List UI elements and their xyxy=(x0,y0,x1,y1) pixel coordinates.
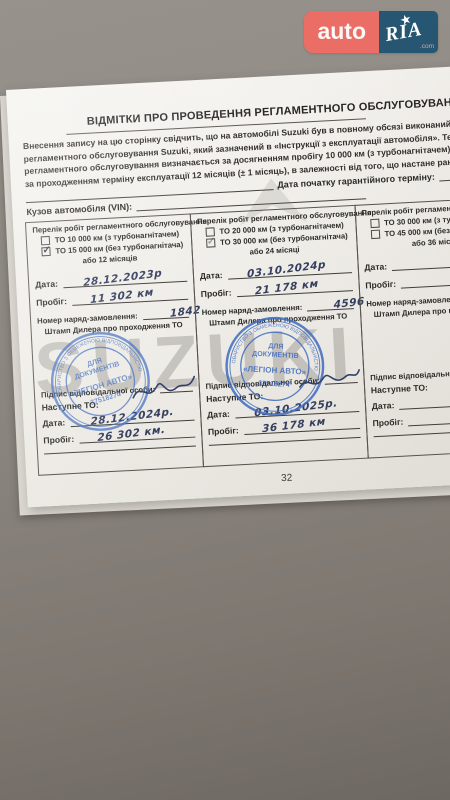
blank-line: 4596 xyxy=(307,296,354,311)
mileage-label: Пробіг: xyxy=(36,296,67,308)
service-column-2: Перелік робіт регламентного обслуговуван… xyxy=(190,205,369,467)
next-mileage-row: Пробіг: 36 178 км xyxy=(208,416,360,437)
blank-line: 28.12.2023р xyxy=(63,269,188,288)
stamp-code: 37518274 xyxy=(89,390,122,407)
ria-logo: ★ RIA .com xyxy=(379,11,438,53)
signature-row: Підпис відповідальної особи: xyxy=(370,361,450,382)
mileage-row: Пробіг: 11 302 км xyxy=(36,287,188,308)
blank-line: 1842 xyxy=(142,305,189,320)
date-label: Дата: xyxy=(200,270,223,281)
service-table: Перелік робіт регламентного обслуговуван… xyxy=(25,189,450,476)
to-45000-checkbox xyxy=(370,230,379,239)
blank-line xyxy=(392,252,450,271)
signature-label: Підпис відповідальної особи: xyxy=(370,367,450,382)
stamp-line2: ДОКУМЕНТІВ xyxy=(252,350,299,360)
service-book-page: SUZUKI ВІДМІТКИ ПРО ПРОВЕДЕННЯ РЕГЛАМЕНТ… xyxy=(6,57,450,508)
date-label: Дата: xyxy=(35,279,58,290)
signature-squiggle xyxy=(295,364,363,399)
mileage-handwriting: 21 178 км xyxy=(255,278,319,298)
blank-line xyxy=(408,407,450,426)
blank-line: 03.10.2024р xyxy=(227,260,352,279)
blank-line xyxy=(209,437,361,446)
next-date-label: Дата: xyxy=(371,400,394,411)
to-30000-checkbox xyxy=(206,238,215,247)
auto-logo: auto xyxy=(304,11,379,53)
next-mileage-label: Пробіг: xyxy=(372,417,403,429)
date-row: Дата: 28.12.2023р xyxy=(35,269,187,290)
service-column-1: Перелік робіт регламентного обслуговуван… xyxy=(25,214,204,476)
to-15000-checkbox xyxy=(41,247,50,256)
mileage-label: Пробіг: xyxy=(365,279,396,291)
mileage-handwriting: 11 302 км xyxy=(90,286,154,306)
autoria-watermark-badge: auto ★ RIA .com xyxy=(304,11,438,53)
com-label: .com xyxy=(420,43,434,50)
date-row: Дата: 03.10.2024р xyxy=(199,260,351,281)
mileage-row: Пробіг: xyxy=(365,270,450,291)
mileage-label: Пробіг: xyxy=(200,287,231,299)
blank-line xyxy=(401,270,450,289)
mileage-row: Пробіг: 21 178 км xyxy=(200,278,352,299)
date-row: Дата: xyxy=(364,252,450,273)
stamp-code: 37518274 xyxy=(258,379,290,389)
next-mileage-label: Пробіг: xyxy=(208,425,239,437)
order-number-row: Номер наряд-замовлення: xyxy=(366,287,450,308)
ria-logo-text: RIA xyxy=(383,18,424,47)
blank-line: 11 302 км xyxy=(72,287,189,306)
blank-line xyxy=(373,428,450,437)
stamp-line1: ДЛЯ xyxy=(268,342,284,351)
blank-line xyxy=(44,446,196,455)
photo-background: auto ★ RIA .com SUZUKI ВІДМІТКИ ПРО ПРОВ… xyxy=(0,0,450,800)
vin-label: Кузов автомобіля (VIN): xyxy=(26,202,132,218)
to-30000-turbo-checkbox xyxy=(370,219,379,228)
date-label: Дата: xyxy=(364,261,387,272)
blank-line: 21 178 км xyxy=(236,278,353,297)
service-column-3: Перелік робіт регламентного обслуговуван… xyxy=(354,196,450,458)
signature-squiggle xyxy=(130,372,198,407)
